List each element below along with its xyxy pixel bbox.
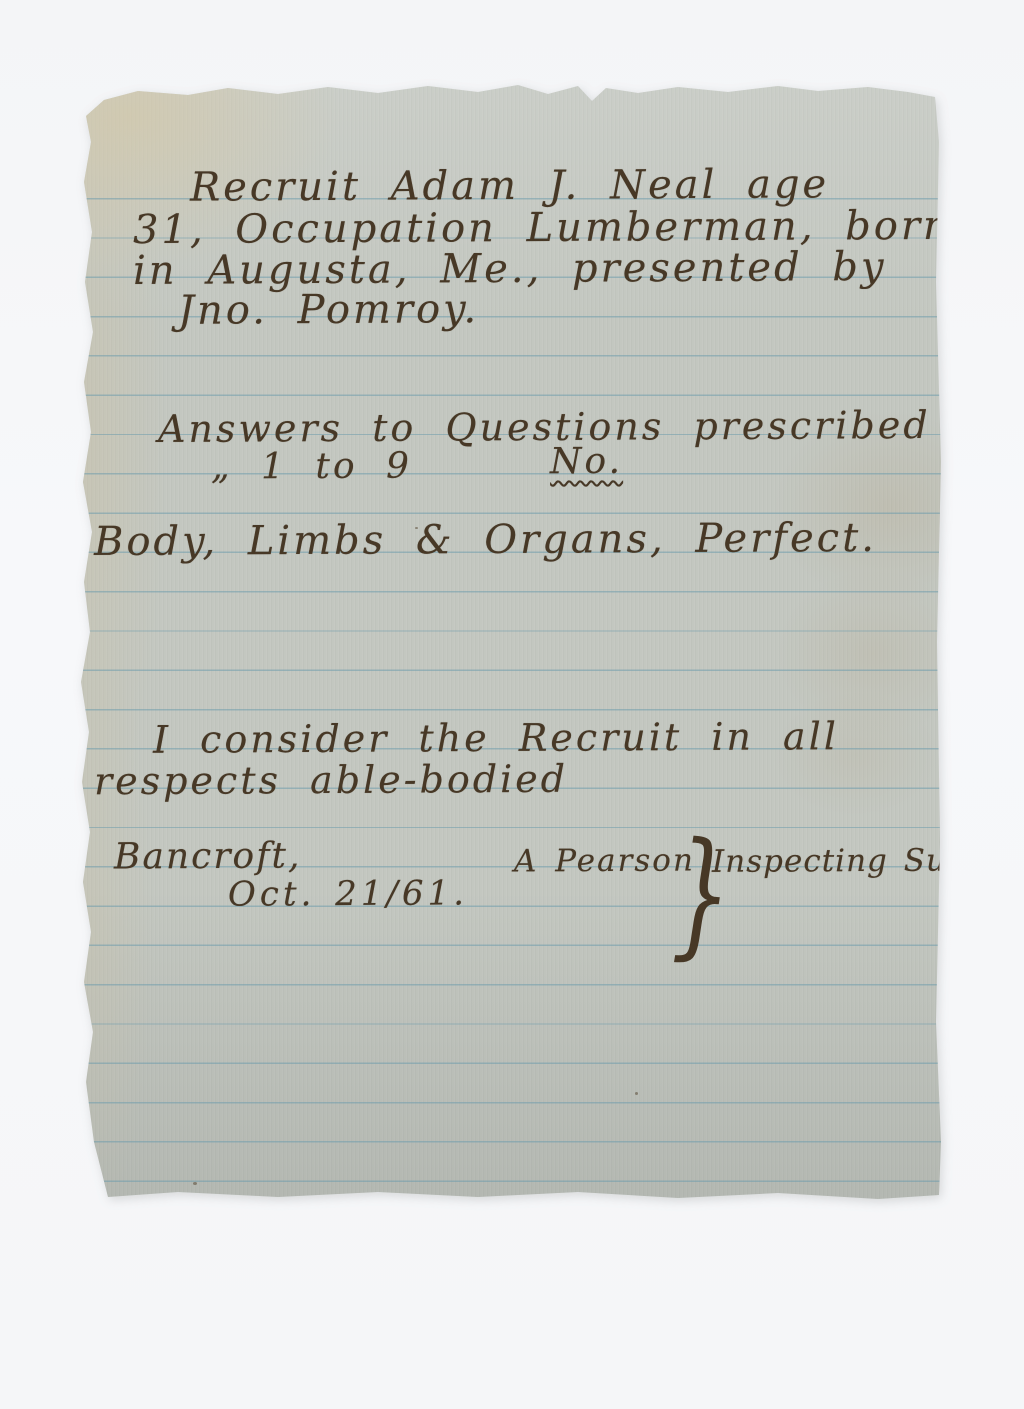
verdict-line-1: I consider the Recruit in all <box>153 717 839 759</box>
intro-line-3: in Augusta, Me., presented by <box>133 247 887 291</box>
paper-speck <box>193 1182 197 1185</box>
signoff-title: Inspecting Surgeon <box>712 845 1024 878</box>
answers-body-line: Body, Limbs & Organs, Perfect. <box>94 518 877 562</box>
signoff-signature: A Pearson <box>514 846 695 878</box>
signoff-date: Oct. 21/61. <box>228 876 468 911</box>
ruled-lines <box>78 198 942 1199</box>
signoff-place: Bancroft, <box>114 839 302 876</box>
intro-line-1: Recruit Adam J. Neal age <box>190 164 829 207</box>
verdict-line-2: respects able-bodied <box>94 760 568 800</box>
answers-answer-no: No. <box>550 444 623 480</box>
document-paper: Recruit Adam J. Neal age 31, Occupation … <box>78 82 942 1203</box>
paper-shadow-wrap: Recruit Adam J. Neal age 31, Occupation … <box>78 82 942 1203</box>
answers-heading: Answers to Questions prescribed <box>158 406 931 448</box>
paper-speck <box>635 1092 638 1095</box>
intro-line-4: Jno. Pomroy. <box>178 289 479 331</box>
answers-question-range: „ 1 to 9 <box>211 448 412 485</box>
scanned-document-background: Recruit Adam J. Neal age 31, Occupation … <box>0 0 1024 1409</box>
